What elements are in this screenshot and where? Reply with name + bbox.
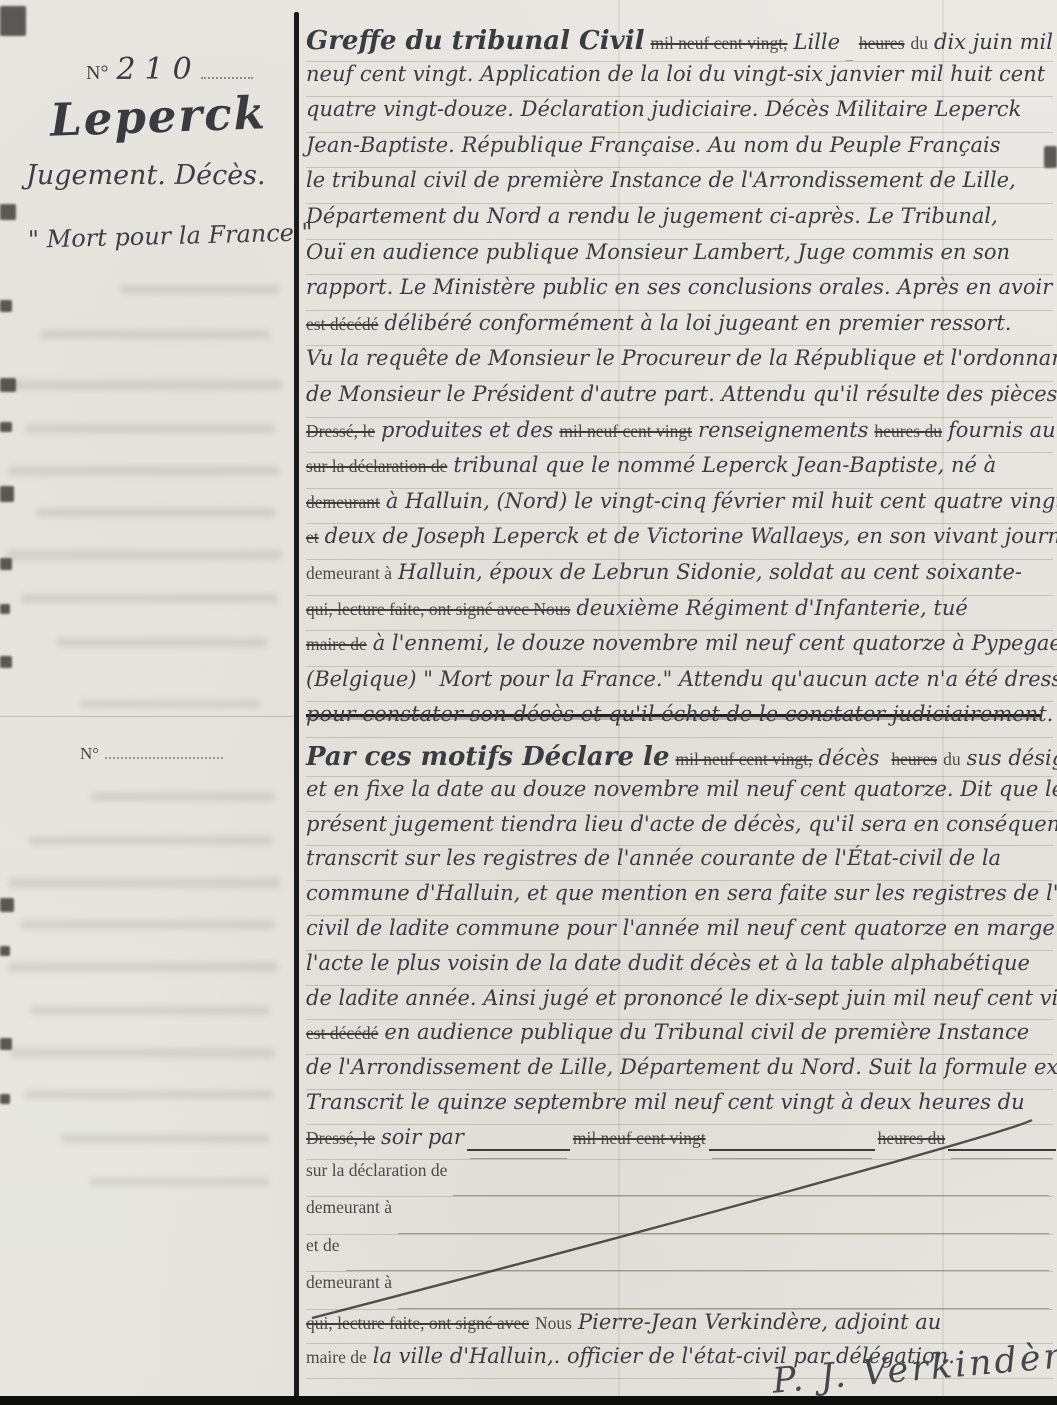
page-edge-mark [0, 946, 10, 956]
handwritten-text: fournis au [948, 418, 1056, 442]
bleed-through-smudge [8, 962, 278, 972]
handwritten-text: Transcrit le quinze septembre mil neuf c… [306, 1090, 1025, 1114]
handwritten-text: Ouï en audience publique Monsieur Lamber… [306, 240, 1010, 264]
page-edge-mark [0, 558, 12, 570]
document-line: transcrit sur les registres de l'année c… [306, 846, 1053, 881]
blank-fill-line-struck [712, 1142, 872, 1159]
printed-form-text-struck: mil neuf cent vingt, [675, 749, 812, 770]
handwritten-text: rapport. Le Ministère public en ses conc… [306, 275, 1052, 299]
document-line: maire deà l'ennemi, le douze novembre mi… [306, 631, 1053, 667]
bleed-through-smudge [10, 1048, 275, 1058]
document-line: quatre vingt-douze. Déclaration judiciai… [306, 97, 1053, 133]
handwritten-text: le tribunal civil de première Instance d… [306, 168, 1016, 192]
bleed-through-smudge [36, 508, 276, 517]
printed-form-text: sur la déclaration de [306, 1160, 447, 1181]
document-line: commune d'Halluin, et que mention en ser… [306, 881, 1053, 916]
bleed-through-smudge [80, 700, 260, 708]
handwritten-text: de Monsieur le Président d'autre part. A… [306, 382, 1057, 406]
handwritten-text: soir par [381, 1125, 464, 1149]
margin-vertical-rule [294, 12, 299, 1398]
bleed-through-smudge [90, 792, 275, 801]
blank-fill-line [346, 1254, 1049, 1271]
record-number-label: N° [80, 744, 99, 763]
bleed-through-smudge [24, 1090, 274, 1099]
printed-form-text-struck: est décédé [306, 1023, 378, 1044]
document-line: Dressé, leproduites et desmil neuf cent … [306, 418, 1053, 454]
handwritten-text: Lille [794, 30, 841, 54]
printed-form-text: demeurant à [306, 1272, 392, 1293]
handwritten-text: Par ces motifs Déclare le [306, 742, 669, 772]
deceased-name: Leperck [49, 86, 267, 147]
register-page: N°210 Leperck Jugement. Décès. " Mort po… [0, 0, 1057, 1405]
document-line: Greffe du tribunal Civilmil neuf cent vi… [306, 26, 1053, 62]
handwritten-text: transcrit sur les registres de l'année c… [306, 846, 1001, 870]
page-edge-mark [0, 204, 16, 220]
printed-form-text-struck: demeurant [306, 492, 380, 513]
printed-form-text-struck: heures du [874, 421, 942, 442]
handwritten-text: sus désigné [967, 746, 1057, 770]
handwritten-text: Département du Nord a rendu le jugement … [306, 204, 998, 228]
page-edge-mark [0, 604, 10, 614]
blank-fill-line-struck [470, 1142, 567, 1159]
blank-fill-line [398, 1217, 1049, 1234]
document-line: sur la déclaration detribunal que le nom… [306, 453, 1053, 489]
document-line: Dressé, lesoir parmil neuf cent vingtheu… [306, 1125, 1053, 1160]
bleed-through-smudge [28, 836, 273, 845]
document-line: civil de ladite commune pour l'année mil… [306, 916, 1053, 951]
document-line: de l'Arrondissement de Lille, Départemen… [306, 1055, 1053, 1090]
printed-form-text-struck: et [306, 527, 319, 548]
bleed-through-smudge [8, 466, 280, 476]
handwritten-text: présent jugement tiendra lieu d'acte de … [306, 812, 1057, 836]
handwritten-text: de l'Arrondissement de Lille, Départemen… [306, 1055, 1057, 1079]
document-line: qui, lecture faite, ont signé avecNousPi… [306, 1310, 1053, 1345]
handwritten-text: Halluin, époux de Lebrun Sidonie, soldat… [398, 560, 1022, 584]
printed-form-text: Nous [535, 1313, 572, 1334]
page-edge-mark [0, 378, 16, 392]
bleed-through-smudge [56, 638, 268, 647]
printed-form-text-struck: Dressé, le [306, 1128, 375, 1149]
blank-fill-line-struck [951, 1142, 1053, 1159]
printed-form-text: et de [306, 1235, 340, 1256]
page-edge-mark [0, 6, 26, 36]
printed-form-text-struck: sur la déclaration de [306, 456, 447, 477]
document-line: demeurant àHalluin, époux de Lebrun Sido… [306, 560, 1053, 596]
act-type-annotation: Jugement. Décès. [26, 160, 266, 191]
page-edge-mark [0, 1038, 12, 1050]
page-edge-mark [0, 656, 12, 668]
handwritten-text: décès [819, 746, 880, 770]
handwritten-text: tribunal que le nommé Leperck Jean-Bapti… [453, 453, 996, 477]
document-line: Département du Nord a rendu le jugement … [306, 204, 1053, 240]
bleed-through-smudge [8, 380, 283, 390]
printed-form-text-struck: est décédé [306, 314, 378, 335]
document-line: (Belgique) " Mort pour la France." Atten… [306, 667, 1053, 703]
document-line: est décédédélibéré conformément à la loi… [306, 311, 1053, 347]
page-edge-mark [0, 1094, 10, 1104]
bleed-through-smudge [6, 550, 282, 560]
handwritten-text: quatre vingt-douze. Déclaration judiciai… [306, 97, 1021, 121]
document-line: Par ces motifs Déclare lemil neuf cent v… [306, 742, 1053, 777]
printed-form-text-struck: heures [859, 33, 905, 54]
handwritten-text: pour constater son décès et qu'il échet … [306, 702, 1053, 726]
mort-pour-la-france-mention: " Mort pour la France " [28, 218, 313, 253]
verdict-text-section: Par ces motifs Déclare lemil neuf cent v… [306, 742, 1053, 1379]
handwritten-text: deuxième Régiment d'Infanterie, tué [576, 596, 967, 620]
page-edge-mark [0, 422, 12, 432]
bleed-through-smudge [20, 920, 275, 929]
blank-fill-line [398, 1292, 1049, 1309]
printed-form-text: du [943, 749, 961, 770]
handwritten-text: civil de ladite commune pour l'année mil… [306, 916, 1057, 940]
handwritten-text: de ladite année. Ainsi jugé et prononcé … [306, 986, 1057, 1010]
record-number-label: N° [86, 62, 108, 84]
handwritten-text: et en fixe la date au douze novembre mil… [306, 777, 1057, 801]
record-number: N°210 [86, 52, 253, 87]
handwritten-text: l'acte le plus voisin de la date dudit d… [306, 951, 1030, 975]
handwritten-text: renseignements [698, 418, 868, 442]
bleed-through-smudge [60, 1134, 270, 1143]
bleed-through-smudge [20, 594, 278, 603]
dotted-line [201, 59, 253, 79]
document-line: est décédéen audience publique du Tribun… [306, 1020, 1053, 1055]
document-line: rapport. Le Ministère public en ses conc… [306, 275, 1053, 311]
document-line: sur la déclaration de [306, 1160, 1053, 1198]
document-line: de ladite année. Ainsi jugé et prononcé … [306, 986, 1053, 1021]
page-bottom-edge [0, 1396, 1057, 1405]
handwritten-text: deux de Joseph Leperck et de Victorine W… [325, 524, 1057, 548]
document-line: présent jugement tiendra lieu d'acte de … [306, 812, 1053, 847]
handwritten-text: Vu la requête de Monsieur le Procureur d… [306, 346, 1057, 370]
bleed-through-smudge [90, 1178, 270, 1186]
bleed-through-smudge [40, 330, 270, 339]
handwritten-text: à Halluin, (Nord) le vingt-cinq février … [386, 489, 1057, 513]
judgment-text-section: Greffe du tribunal Civilmil neuf cent vi… [306, 26, 1053, 738]
document-line: Transcrit le quinze septembre mil neuf c… [306, 1090, 1053, 1125]
blank-fill-line [846, 44, 853, 61]
document-line: pour constater son décès et qu'il échet … [306, 702, 1053, 738]
document-line: Ouï en audience publique Monsieur Lamber… [306, 240, 1053, 276]
document-line: qui, lecture faite, ont signé avec Nousd… [306, 596, 1053, 632]
printed-form-text-struck: mil neuf cent vingt [559, 421, 692, 442]
printed-form-text: demeurant à [306, 1197, 392, 1218]
document-line: l'acte le plus voisin de la date dudit d… [306, 951, 1053, 986]
margin-divider-rule [0, 716, 294, 717]
document-line: neuf cent vingt. Application de la loi d… [306, 62, 1053, 98]
printed-form-text-struck: Dressé, le [306, 421, 375, 442]
printed-form-text-struck: heures [891, 749, 937, 770]
handwritten-text: Pierre-Jean Verkindère, adjoint au [578, 1310, 941, 1334]
document-line: demeurant à [306, 1272, 1053, 1310]
printed-form-text-struck: qui, lecture faite, ont signé avec Nous [306, 599, 570, 620]
printed-form-text-struck: mil neuf cent vingt [573, 1128, 706, 1149]
handwritten-text: neuf cent vingt. Application de la loi d… [306, 62, 1045, 86]
document-line: etdeux de Joseph Leperck et de Victorine… [306, 524, 1053, 560]
handwritten-text: commune d'Halluin, et que mention en ser… [306, 881, 1057, 905]
handwritten-text: produites et des [381, 418, 553, 442]
handwritten-text: (Belgique) " Mort pour la France." Atten… [306, 667, 1057, 691]
handwritten-text: en audience publique du Tribunal civil d… [384, 1020, 1029, 1044]
printed-form-text: du [911, 33, 929, 54]
bleed-through-smudge [30, 1006, 270, 1015]
printed-form-text-struck: heures du [878, 1128, 946, 1149]
printed-form-text: demeurant à [306, 563, 392, 584]
document-line: demeurantà Halluin, (Nord) le vingt-cinq… [306, 489, 1053, 525]
page-edge-mark [0, 300, 12, 312]
record-number-value: 210 [116, 52, 200, 87]
second-record-number: N° [80, 744, 223, 764]
blank-fill-line [453, 1179, 1049, 1196]
document-line: le tribunal civil de première Instance d… [306, 168, 1053, 204]
handwritten-text: Greffe du tribunal Civil [306, 26, 644, 56]
document-line: et en fixe la date au douze novembre mil… [306, 777, 1053, 812]
page-edge-mark [0, 898, 14, 912]
printed-form-text-struck: mil neuf cent vingt, [650, 33, 787, 54]
handwritten-text: à l'ennemi, le douze novembre mil neuf c… [373, 631, 1057, 655]
dotted-line [105, 744, 223, 759]
printed-form-text: maire de [306, 1347, 367, 1368]
document-line: demeurant à [306, 1197, 1053, 1235]
handwritten-text: délibéré conformément à la loi jugeant e… [384, 311, 1011, 335]
document-line: et de [306, 1235, 1053, 1273]
bleed-through-smudge [25, 424, 275, 433]
document-line: de Monsieur le Président d'autre part. A… [306, 382, 1053, 418]
document-line: Vu la requête de Monsieur le Procureur d… [306, 346, 1053, 382]
bleed-through-smudge [120, 285, 280, 294]
printed-form-text-struck: maire de [306, 634, 367, 655]
document-line: Jean-Baptiste. République Française. Au … [306, 133, 1053, 169]
bleed-through-smudge [8, 878, 280, 888]
handwritten-text: dix juin mil [934, 30, 1053, 54]
page-edge-mark [0, 486, 14, 502]
printed-form-text-struck: qui, lecture faite, ont signé avec [306, 1313, 529, 1334]
handwritten-text: Jean-Baptiste. République Française. Au … [306, 133, 1001, 157]
